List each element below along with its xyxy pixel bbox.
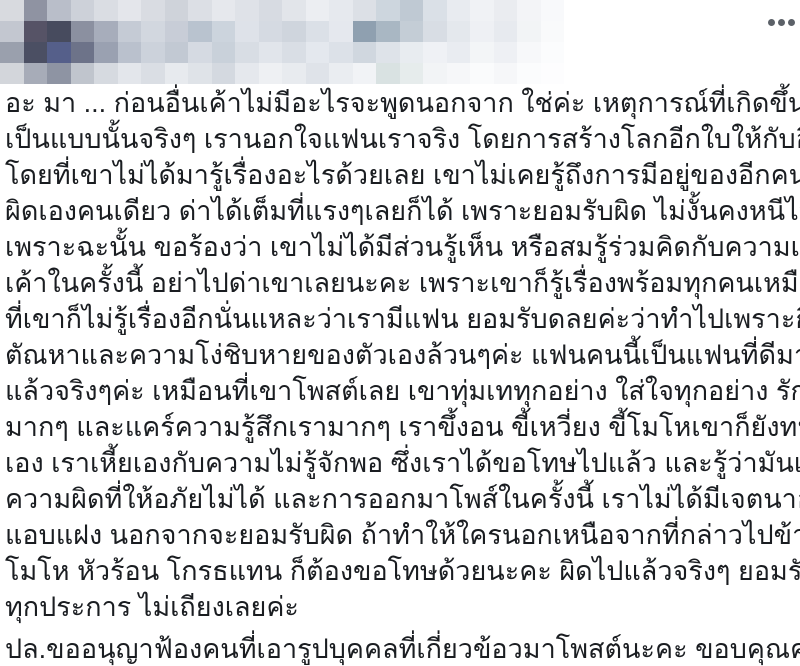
mosaic-cell — [94, 0, 118, 21]
mosaic-cell — [118, 42, 142, 63]
mosaic-cell — [353, 63, 377, 84]
mosaic-cell — [165, 63, 189, 84]
mosaic-cell — [47, 63, 71, 84]
mosaic-cell — [235, 0, 259, 21]
post-text-line: อะ มา ... ก่อนอื่นเค้าไม่มีอะไรจะพูดนอกจ… — [5, 85, 795, 121]
mosaic-cell — [259, 21, 283, 42]
mosaic-cell — [188, 42, 212, 63]
post-header — [0, 0, 800, 85]
mosaic-cell — [0, 0, 24, 21]
mosaic-cell — [212, 42, 236, 63]
mosaic-cell — [212, 0, 236, 21]
mosaic-cell — [423, 42, 447, 63]
mosaic-cell — [282, 42, 306, 63]
mosaic-cell — [400, 0, 424, 21]
post-text-line: เค้าในครั้งนี้ อย่าไปด่าเขาเลยนะคะ เพราะ… — [5, 265, 795, 301]
mosaic-cell — [71, 42, 95, 63]
mosaic-cell — [47, 42, 71, 63]
mosaic-cell — [24, 21, 48, 42]
mosaic-cell — [306, 42, 330, 63]
mosaic-cell — [541, 42, 565, 63]
mosaic-cell — [24, 0, 48, 21]
mosaic-cell — [517, 42, 541, 63]
mosaic-cell — [141, 63, 165, 84]
mosaic-cell — [0, 21, 24, 42]
post-text-line: โดยที่เขาไม่ได้มารู้เรื่องอะไรด้วยเลย เข… — [5, 157, 795, 193]
mosaic-cell — [376, 63, 400, 84]
mosaic-cell — [541, 0, 565, 21]
mosaic-cell — [94, 63, 118, 84]
mosaic-cell — [376, 0, 400, 21]
mosaic-cell — [329, 0, 353, 21]
mosaic-cell — [47, 0, 71, 21]
mosaic-cell — [306, 0, 330, 21]
mosaic-cell — [235, 42, 259, 63]
mosaic-cell — [94, 42, 118, 63]
mosaic-cell — [353, 42, 377, 63]
post-text-line: ผิดเองคนเดียว ด่าได้เต็มที่แรงๆเลยก็ได้ … — [5, 193, 795, 229]
mosaic-cell — [235, 63, 259, 84]
mosaic-cell — [165, 42, 189, 63]
post-text-line: เพราะฉะนั้น ขอร้องว่า เขาไม่ได้มีส่วนรู้… — [5, 229, 795, 265]
post-text-line: เป็นแบบนั้นจริงๆ เรานอกใจแฟนเราจริง โดยก… — [5, 121, 795, 157]
ellipsis-icon — [778, 19, 785, 26]
mosaic-cell — [306, 63, 330, 84]
mosaic-cell — [282, 63, 306, 84]
mosaic-cell — [188, 63, 212, 84]
mosaic-cell — [118, 0, 142, 21]
redacted-author-mosaic — [0, 0, 564, 84]
mosaic-cell — [329, 42, 353, 63]
mosaic-cell — [423, 0, 447, 21]
mosaic-cell — [376, 21, 400, 42]
mosaic-cell — [494, 42, 518, 63]
mosaic-cell — [494, 0, 518, 21]
mosaic-cell — [165, 21, 189, 42]
mosaic-cell — [329, 21, 353, 42]
post-text-line: เอง เราเหี้ยเองกับความไม่รู้จักพอ ซึ่งเร… — [5, 445, 795, 481]
mosaic-cell — [447, 21, 471, 42]
post-text-line: ทุกประการ ไม่เถียงเลยค่ะ — [5, 589, 795, 625]
mosaic-cell — [494, 21, 518, 42]
mosaic-cell — [259, 42, 283, 63]
mosaic-cell — [212, 21, 236, 42]
more-options-button[interactable] — [766, 17, 797, 28]
facebook-post: อะ มา ... ก่อนอื่นเค้าไม่มีอะไรจะพูดนอกจ… — [0, 0, 800, 666]
mosaic-cell — [494, 63, 518, 84]
mosaic-cell — [165, 0, 189, 21]
mosaic-cell — [517, 0, 541, 21]
mosaic-cell — [0, 63, 24, 84]
mosaic-cell — [118, 21, 142, 42]
mosaic-cell — [517, 21, 541, 42]
mosaic-cell — [470, 63, 494, 84]
post-body: อะ มา ... ก่อนอื่นเค้าไม่มีอะไรจะพูดนอกจ… — [0, 85, 800, 666]
mosaic-cell — [141, 42, 165, 63]
mosaic-cell — [447, 42, 471, 63]
mosaic-cell — [400, 21, 424, 42]
mosaic-cell — [259, 0, 283, 21]
post-text-line: ตัณหาและความโง่ชิบหายของตัวเองล้วนๆค่ะ แ… — [5, 337, 795, 373]
mosaic-cell — [306, 21, 330, 42]
mosaic-cell — [141, 0, 165, 21]
mosaic-cell — [282, 21, 306, 42]
mosaic-cell — [470, 21, 494, 42]
mosaic-cell — [329, 63, 353, 84]
mosaic-cell — [188, 21, 212, 42]
mosaic-cell — [423, 63, 447, 84]
post-text-line: ความผิดที่ให้อภัยไม่ได้ และการออกมาโพส์ใ… — [5, 481, 795, 517]
mosaic-cell — [259, 63, 283, 84]
mosaic-cell — [423, 21, 447, 42]
mosaic-cell — [353, 0, 377, 21]
post-text-line: โมโห หัวร้อน โกรธแทน ก็ต้องขอโทษด้วยนะคะ… — [5, 553, 795, 589]
mosaic-cell — [235, 21, 259, 42]
mosaic-cell — [282, 0, 306, 21]
mosaic-cell — [470, 42, 494, 63]
mosaic-cell — [541, 63, 565, 84]
ellipsis-icon — [768, 19, 775, 26]
mosaic-cell — [376, 42, 400, 63]
mosaic-cell — [447, 63, 471, 84]
mosaic-cell — [400, 42, 424, 63]
post-text-line: แอบแฝง นอกจากจะยอมรับผิด ถ้าทำให้ใครนอกเ… — [5, 517, 795, 553]
mosaic-cell — [447, 0, 471, 21]
post-postscript: ปล.ขออนุญาฟ้องคนที่เอารูปบุคคลที่เกี่ยวข… — [5, 631, 795, 666]
mosaic-cell — [71, 21, 95, 42]
mosaic-cell — [212, 63, 236, 84]
mosaic-cell — [94, 21, 118, 42]
mosaic-cell — [118, 63, 142, 84]
mosaic-cell — [24, 42, 48, 63]
mosaic-cell — [188, 0, 212, 21]
post-text-line: ที่เขาก็ไม่รู้เรื่องอีกนั่นแหละว่าเรามีแ… — [5, 301, 795, 337]
mosaic-cell — [470, 0, 494, 21]
mosaic-cell — [71, 63, 95, 84]
mosaic-cell — [24, 63, 48, 84]
mosaic-cell — [0, 42, 24, 63]
mosaic-cell — [400, 63, 424, 84]
mosaic-cell — [353, 21, 377, 42]
post-text-line: แล้วจริงๆค่ะ เหมือนที่เขาโพสต์เลย เขาทุ่… — [5, 373, 795, 409]
post-text-lines: อะ มา ... ก่อนอื่นเค้าไม่มีอะไรจะพูดนอกจ… — [5, 85, 795, 625]
mosaic-cell — [141, 21, 165, 42]
post-text-line: มากๆ และแคร์ความรู้สึกเรามากๆ เราขึ้งอน … — [5, 409, 795, 445]
mosaic-cell — [541, 21, 565, 42]
mosaic-cell — [47, 21, 71, 42]
mosaic-cell — [517, 63, 541, 84]
ellipsis-icon — [788, 19, 795, 26]
mosaic-cell — [71, 0, 95, 21]
